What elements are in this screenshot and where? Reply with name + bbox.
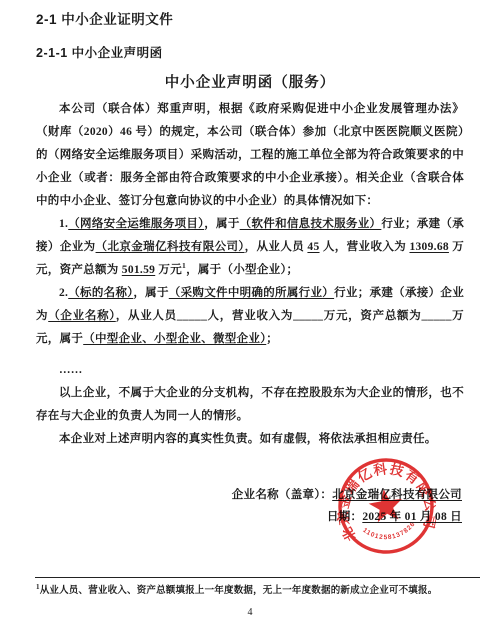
date-value: 2025 年 01 月 08 日 [362, 511, 462, 523]
text-segment: 万元 [155, 264, 182, 276]
document-content: 2-1 中小企业证明文件 2-1-1 中小企业声明函 中小企业声明函（服务） 本… [0, 0, 500, 451]
text-segment: （软件和信息技术服务业） [240, 218, 382, 230]
text-segment: ，属于 [204, 218, 239, 230]
subsection-heading: 2-1-1 中小企业声明函 [36, 43, 464, 61]
text-segment: ，从业人员 [245, 241, 308, 253]
paragraph: 本公司（联合体）郑重声明，根据《政府采购促进中小企业发展管理办法》（财库（202… [36, 98, 464, 213]
text-segment: （采购文件中明确的所属行业） [169, 287, 334, 299]
section-heading: 2-1 中小企业证明文件 [36, 8, 464, 28]
text-segment: （中型企业、小型企业、微型企业） [83, 333, 266, 345]
text-segment: （标的名称） [68, 287, 133, 299]
text-segment: 1. [59, 218, 68, 230]
document-title: 中小企业声明函（服务） [36, 71, 464, 92]
text-segment: 501.59 [122, 264, 155, 276]
footnote-separator [35, 577, 480, 578]
body-paragraphs: 本公司（联合体）郑重声明，根据《政府采购促进中小企业发展管理办法》（财库（202… [36, 98, 464, 451]
company-name-line: 企业名称（盖章）：北京金瑞亿科技有限公司 [232, 484, 462, 506]
text-segment: 人，营业收入为 [320, 241, 410, 253]
paragraph: 2.（标的名称），属于（采购文件中明确的所属行业）行业；承建（承接）企业为（企业… [36, 282, 464, 351]
text-segment: ； [266, 333, 278, 345]
text-segment: 本企业对上述声明内容的真实性负责。如有虚假，将依法承担相应责任。 [59, 433, 437, 445]
footnote-text: 从业人员、营业收入、资产总额填报上一年度数据，无上一年度数据的新成立企业可不填报… [40, 586, 438, 596]
text-segment: 本公司（联合体）郑重声明，根据《政府采购促进中小企业发展管理办法》（财库（202… [36, 103, 464, 207]
paragraph: 以上企业，不属于大企业的分支机构，不存在控股股东为大企业的情形，也不存在与大企业… [36, 382, 464, 428]
page-number: 4 [0, 607, 500, 618]
text-segment: 45 [307, 241, 319, 253]
blank-line [36, 351, 464, 359]
text-segment: …… [59, 364, 83, 376]
text-segment: 1309.68 [409, 241, 448, 253]
company-name-value: 北京金瑞亿科技有限公司 [332, 489, 462, 501]
footnote: 1从业人员、营业收入、资产总额填报上一年度数据，无上一年度数据的新成立企业可不填… [36, 581, 476, 598]
paragraph: 1.（网络安全运维服务项目），属于（软件和信息技术服务业）行业；承建（承接）企业… [36, 213, 464, 282]
text-segment: （网络安全运维服务项目） [68, 218, 204, 230]
text-segment: 以上企业，不属于大企业的分支机构，不存在控股股东为大企业的情形，也不存在与大企业… [36, 387, 464, 422]
text-segment: （北京金瑞亿科技有限公司） [96, 241, 245, 253]
text-segment: （企业名称） [48, 310, 116, 322]
date-label: 日期： [327, 511, 362, 523]
company-name-label: 企业名称（盖章）： [232, 489, 332, 501]
text-segment: 2. [59, 287, 68, 299]
paragraph: …… [36, 359, 464, 382]
text-segment: ，属于 [133, 287, 168, 299]
date-line: 日期：2025 年 01 月 08 日 [232, 506, 462, 528]
signature-block: 企业名称（盖章）：北京金瑞亿科技有限公司 日期：2025 年 01 月 08 日 [232, 484, 462, 528]
text-segment: ，属于（小型企业）； [186, 264, 298, 276]
paragraph: 本企业对上述声明内容的真实性负责。如有虚假，将依法承担相应责任。 [36, 428, 464, 451]
document-page: 2-1 中小企业证明文件 2-1-1 中小企业声明函 中小企业声明函（服务） 本… [0, 0, 500, 643]
